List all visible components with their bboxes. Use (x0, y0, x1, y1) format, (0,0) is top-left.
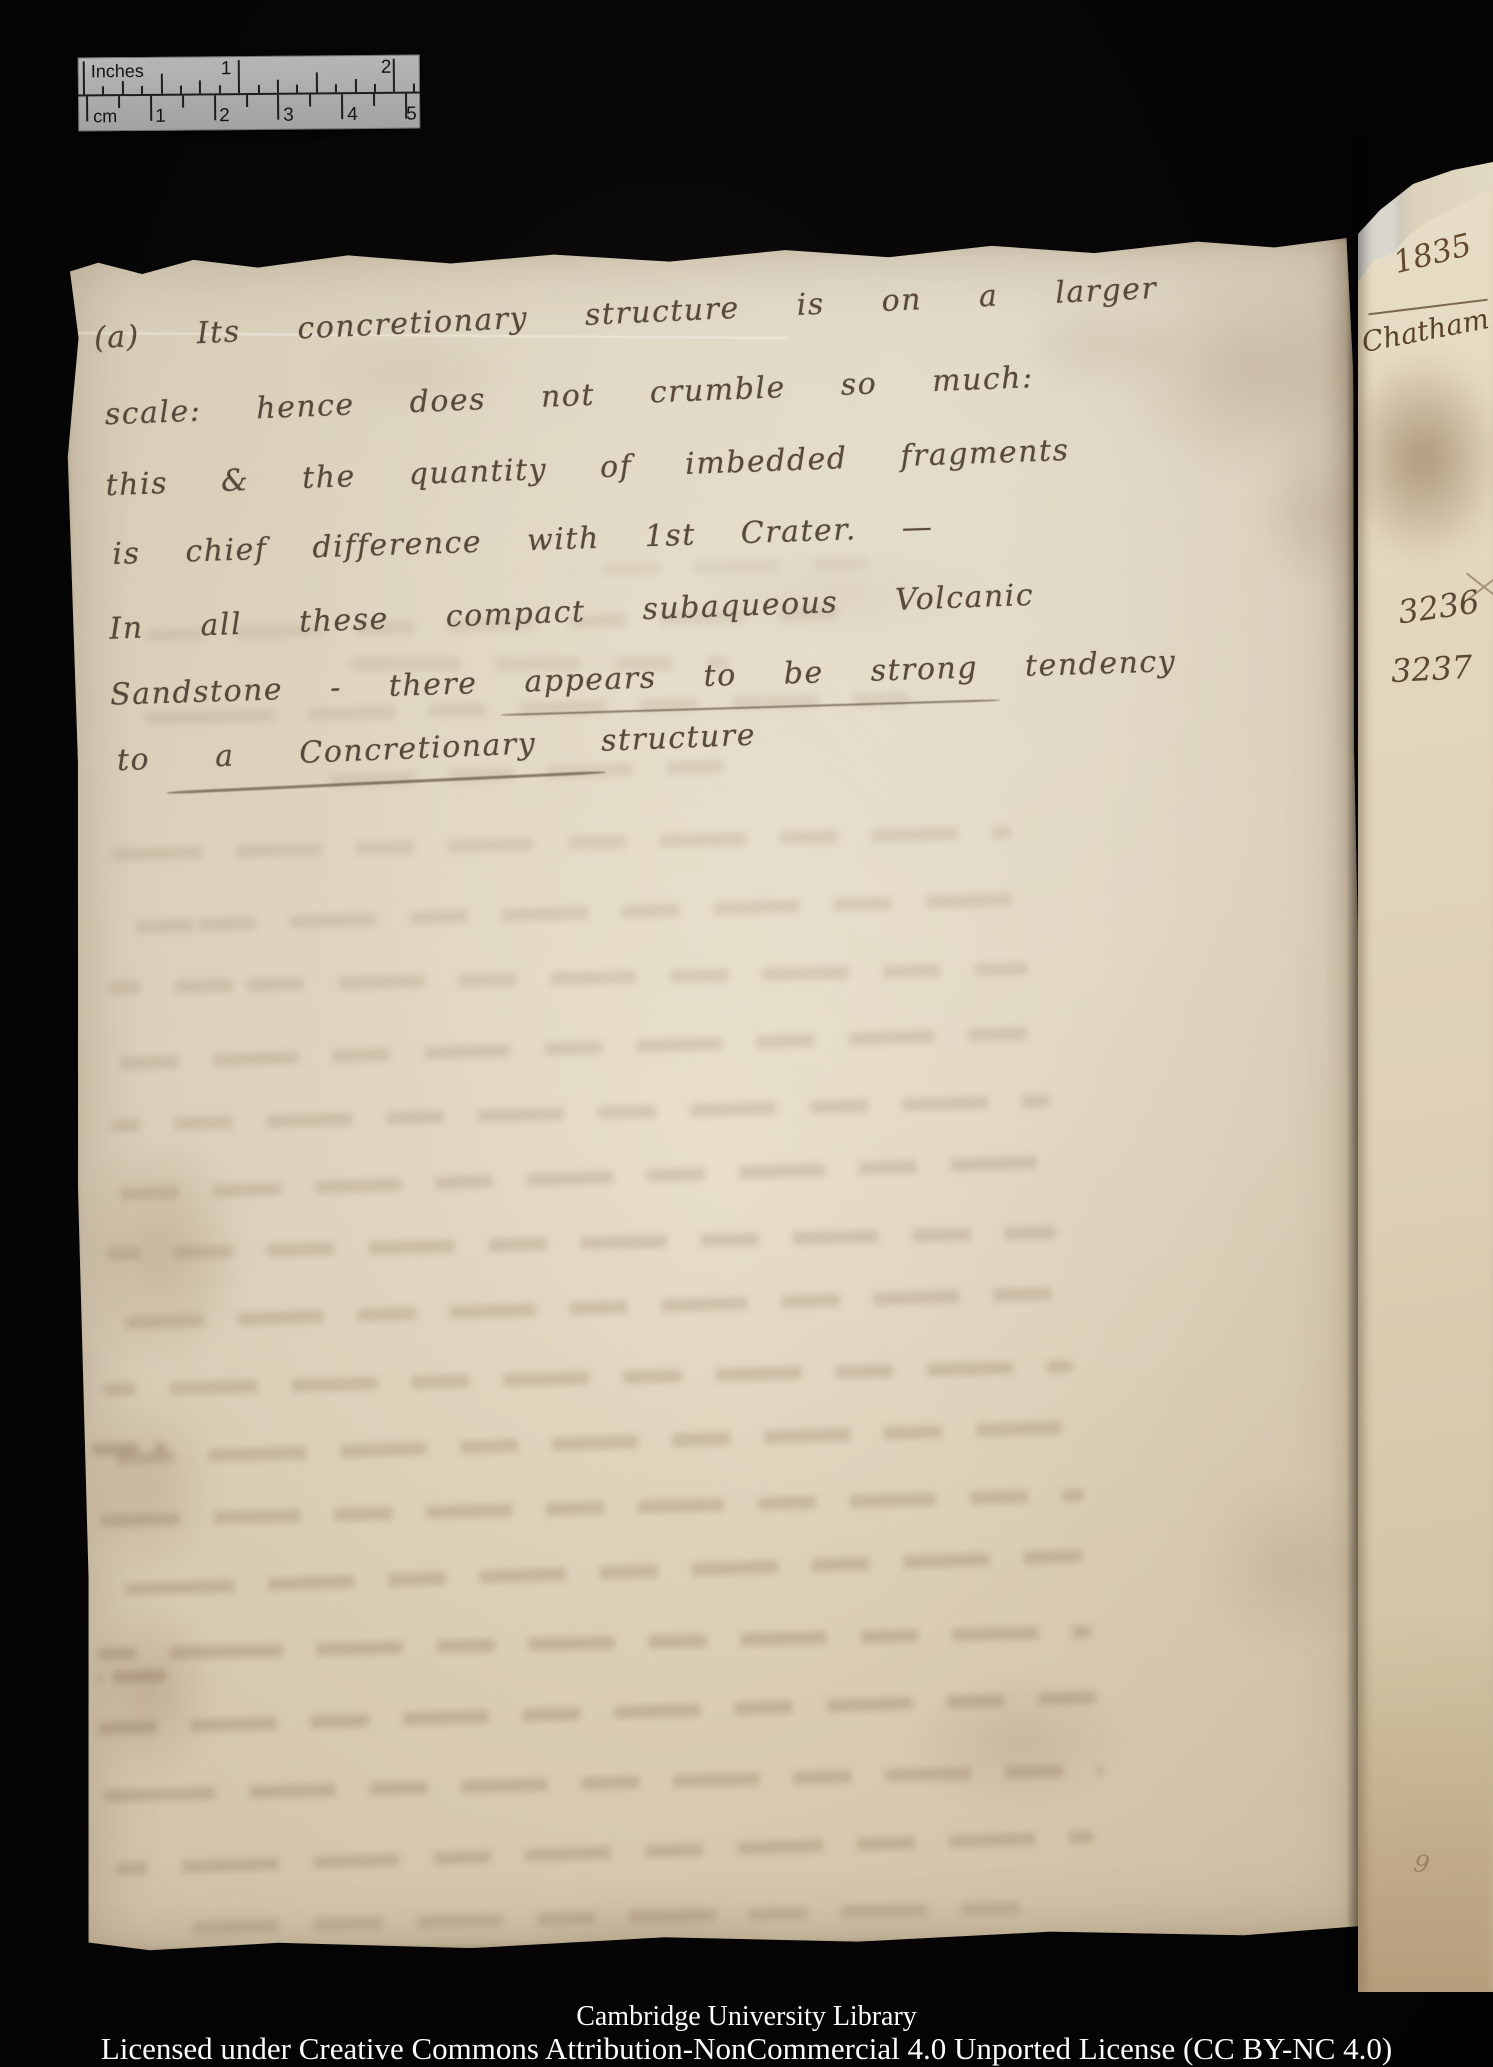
ruler-cm-label: cm (93, 106, 117, 127)
ruler-cm-number: 3 (283, 105, 294, 127)
footer-library-name: Cambridge University Library (0, 2001, 1493, 2032)
ruler-divider (78, 92, 420, 97)
footer-license-text: Licensed under Creative Commons Attribut… (0, 2032, 1493, 2065)
ruler-inch-number: 1 (221, 58, 232, 80)
ruler-cm-number: 2 (219, 105, 230, 127)
adjacent-leaf: 1835 Chatham 3236 3237 9 (1358, 138, 1493, 1992)
ruler-cm-number: 5 (406, 104, 417, 126)
paper-stain (902, 1670, 1134, 1813)
x-mark (1462, 568, 1493, 608)
ruler-inches-label: Inches (91, 61, 144, 82)
ruler-inch-number: 2 (381, 57, 392, 79)
manuscript-page: (a) Its concretionary structure is on a … (65, 237, 1373, 1953)
footer-caption: Cambridge University Library Licensed un… (0, 2001, 1493, 2065)
paper-stain (75, 1131, 248, 1373)
paper-stain (515, 1884, 787, 2017)
photograph-stage: Inches 1 2 cm 1 2 3 4 5 (a) Its concreti… (0, 0, 1493, 2067)
adjacent-page-strip: 1835 Chatham 3236 3237 9 (1358, 138, 1493, 1992)
measurement-ruler: Inches 1 2 cm 1 2 3 4 5 (78, 55, 421, 132)
paper-stain (79, 1391, 221, 1583)
ruler-cm-number: 4 (347, 104, 358, 126)
ink-stain (1358, 1618, 1493, 1992)
paper-stain (86, 1601, 218, 1783)
ink-stain (1338, 348, 1493, 568)
folio-number: 3237 (1390, 648, 1473, 690)
archive-year: 1835 (1390, 227, 1475, 281)
ruler-cm-number: 1 (155, 106, 166, 128)
